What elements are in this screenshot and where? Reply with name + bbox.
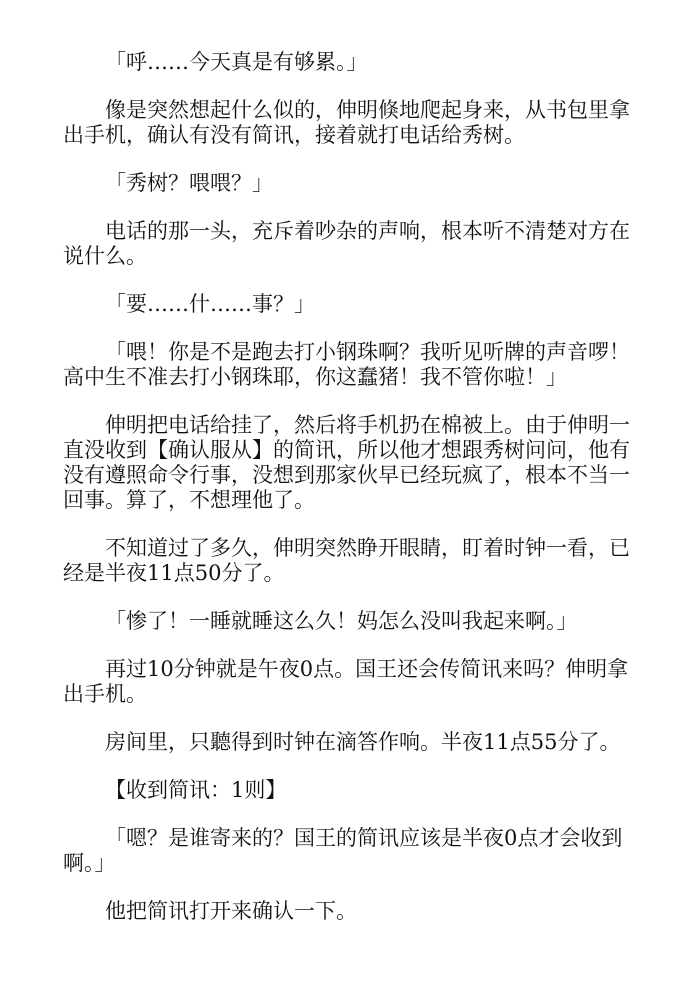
paragraph-7: 伸明把电话给挂了，然后将手机扔在棉被上。由于伸明一 直没收到【确认服从】的简讯，…: [63, 413, 643, 513]
paragraph-10: 再过10分钟就是午夜0点。国王还会传简讯来吗？伸明拿 出手机。: [63, 657, 643, 707]
paragraph-6: 「喂！你是不是跑去打小钢珠啊？我听见听牌的声音啰！ 高中生不准去打小钢珠耶，你这…: [63, 340, 643, 390]
text-line: 回事。算了，不想理他了。: [63, 488, 643, 513]
text-line: 「秀树？喂喂？」: [63, 171, 643, 196]
paragraph-14: 他把简讯打开来确认一下。: [63, 899, 643, 924]
text-line: 「嗯？是谁寄来的？国王的简讯应该是半夜0点才会收到: [63, 826, 643, 851]
text-line: 没有遵照命令行事，没想到那家伙早已经玩疯了，根本不当一: [63, 463, 643, 488]
paragraph-8: 不知道过了多久，伸明突然睁开眼睛，盯着时钟一看，已 经是半夜11点50分了。: [63, 536, 643, 586]
text-line: 「呼……今天真是有够累。」: [63, 50, 643, 75]
text-line: 啊。」: [63, 851, 643, 876]
text-line: 出手机，确认有没有简讯，接着就打电话给秀树。: [63, 123, 643, 148]
text-line: 「喂！你是不是跑去打小钢珠啊？我听见听牌的声音啰！: [63, 340, 643, 365]
text-line: 伸明把电话给挂了，然后将手机扔在棉被上。由于伸明一: [63, 413, 643, 438]
text-line: 说什么。: [63, 244, 643, 269]
paragraph-12: 【收到简讯：1则】: [63, 778, 643, 803]
text-line: 不知道过了多久，伸明突然睁开眼睛，盯着时钟一看，已: [63, 536, 643, 561]
paragraph-3: 「秀树？喂喂？」: [63, 171, 643, 196]
text-line: 「惨了！一睡就睡这么久！妈怎么没叫我起来啊。」: [63, 609, 643, 634]
text-line: 【收到简讯：1则】: [63, 778, 643, 803]
paragraph-5: 「要……什……事？」: [63, 292, 643, 317]
paragraph-9: 「惨了！一睡就睡这么久！妈怎么没叫我起来啊。」: [63, 609, 643, 634]
paragraph-4: 电话的那一头，充斥着吵杂的声响，根本听不清楚对方在 说什么。: [63, 219, 643, 269]
text-line: 电话的那一头，充斥着吵杂的声响，根本听不清楚对方在: [63, 219, 643, 244]
paragraph-1: 「呼……今天真是有够累。」: [63, 50, 643, 75]
text-line: 经是半夜11点50分了。: [63, 561, 643, 586]
paragraph-2: 像是突然想起什么似的，伸明倏地爬起身来，从书包里拿 出手机，确认有没有简讯，接着…: [63, 98, 643, 148]
document-page: 「呼……今天真是有够累。」 像是突然想起什么似的，伸明倏地爬起身来，从书包里拿 …: [63, 50, 643, 947]
text-line: 「要……什……事？」: [63, 292, 643, 317]
text-line: 房间里，只聽得到时钟在滴答作响。半夜11点55分了。: [63, 730, 643, 755]
text-line: 直没收到【确认服从】的简讯，所以他才想跟秀树问问，他有: [63, 438, 643, 463]
text-line: 他把简讯打开来确认一下。: [63, 899, 643, 924]
paragraph-13: 「嗯？是谁寄来的？国王的简讯应该是半夜0点才会收到 啊。」: [63, 826, 643, 876]
text-line: 出手机。: [63, 682, 643, 707]
text-line: 像是突然想起什么似的，伸明倏地爬起身来，从书包里拿: [63, 98, 643, 123]
text-line: 再过10分钟就是午夜0点。国王还会传简讯来吗？伸明拿: [63, 657, 643, 682]
paragraph-11: 房间里，只聽得到时钟在滴答作响。半夜11点55分了。: [63, 730, 643, 755]
text-line: 高中生不准去打小钢珠耶，你这蠢猪！我不管你啦！」: [63, 365, 643, 390]
